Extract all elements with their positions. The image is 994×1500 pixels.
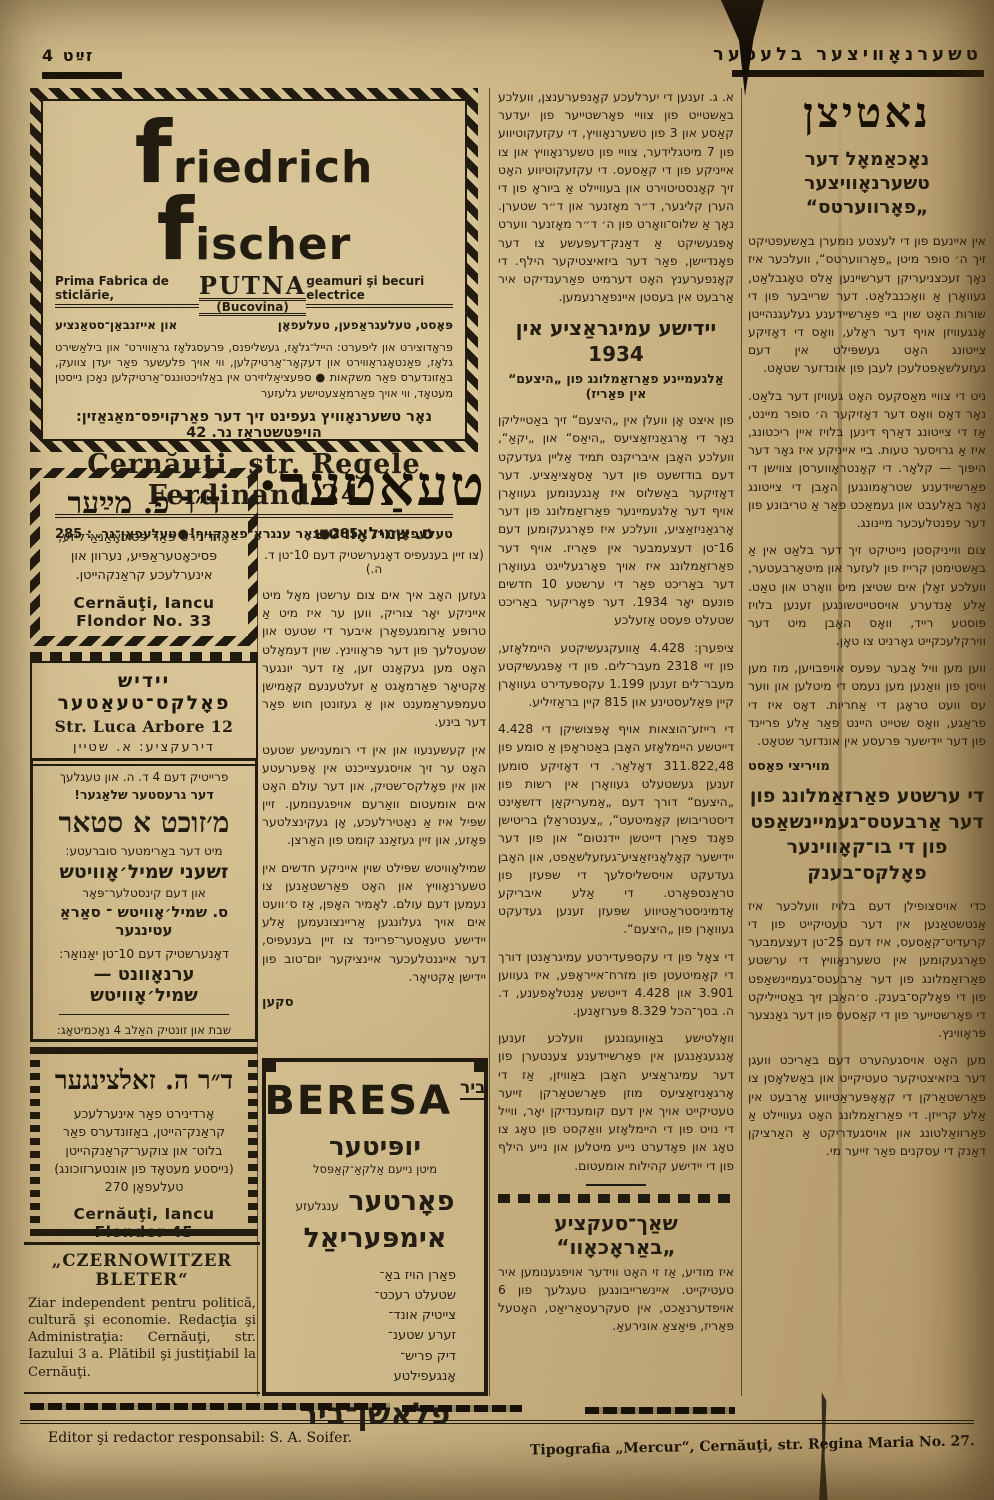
fischer-store-line: נאָר טשערנאָוויץ געפינט זיך דער פאַרקויפ… [55, 409, 453, 441]
article-paragraph: מען האָט אויסגעהערט דעם באַריכט וועגן דע… [748, 1051, 986, 1160]
emigration-column: א. ג. זענען די יערלעכע קאָנפערענצן, וועל… [498, 88, 734, 1396]
schedule-line6: שבת און זונטיק האַלב 4 נאָכמיטאָג: מאַטי… [41, 1023, 247, 1042]
bleter-imprint-box: „CZERNOWITZER BLETER“ Ziar independent p… [24, 1242, 260, 1394]
beresa-list-line: זערע שטענ־ [276, 1326, 456, 1346]
section-divider [586, 1184, 646, 1186]
article-paragraph: אין קעשענעוו און אין די רומענישע שטעט הא… [262, 741, 486, 850]
section-ornament [498, 1194, 734, 1203]
notices-column: נאטיצן נאָכאַמאָל דער טשערנאָוויצער „פאָ… [748, 88, 986, 1396]
theater-article-byline: ס. שמילאָוויטש [262, 524, 486, 544]
bleter-romanian-text: Ziar independent pentru politică, cultur… [28, 1295, 256, 1381]
article-paragraph: ווען מען וויל אָבער עפּעס אויפבויען, מוז… [748, 659, 986, 750]
beresa-list-line: פאַרן הויז באַ־ [276, 1266, 456, 1286]
article-paragraph: ציפערן: 4.428 אַוועקגעשיקטע היימלאָזע, פ… [498, 639, 734, 712]
article-paragraph: צום ווייניקסטן נייטיקט זיך דער בלאַט אין… [748, 541, 986, 650]
bleter-title: „CZERNOWITZER BLETER“ [28, 1251, 256, 1289]
schedule-line4: און דעם קינסטלער־פּאָר [41, 886, 247, 900]
zaltzinger-ad: ד״ר ה. זאלצינגער אָרדינירט פאַר אינערלעכ… [30, 1046, 258, 1236]
meyer-ad: ד״ר פ. מײַער אָרדינירט פאַר פּסיכאָאַנאַ… [30, 468, 258, 646]
fischer-ad: friedrich fischer Prima Fabrica de sticl… [30, 88, 478, 452]
column-rule-1 [489, 88, 490, 1396]
notices-headline: נאטיצן [748, 88, 986, 138]
banks-section-body: כדי אויסצופילן דעם בלויז וועלכער איז אַנ… [748, 897, 986, 1161]
footer-rule [20, 1420, 974, 1424]
notices-subhead: נאָכאַמאָל דער טשערנאָוויצער „פאָרווערטס… [748, 148, 986, 220]
chess-section-headline: שאַך־סעקציע „באַראָכאָוו“ [498, 1211, 734, 1259]
schedule-divider [59, 1014, 229, 1015]
schedule-artist-pair: ס. שמיל׳אָוויטש ־ סאַראַ עטינגער [41, 903, 247, 939]
footer-ornament-bar [402, 1405, 522, 1412]
schedule-line1: פרייטיק דעם 4 ד. ה. און טעגלעך [41, 770, 247, 784]
zaltzinger-address: Cernăuţi, Iancu Flondor 45 [46, 1205, 242, 1241]
article-paragraph: שמילאָוויטש שפּילט שוין אייניקע חדשים אי… [262, 859, 486, 986]
fischer-place: PUTNA [199, 274, 306, 301]
notices-body: אין איינעם פון די לעצטע נומערן באַשעפטיק… [748, 232, 986, 750]
article-paragraph: אין איינעם פון די לעצטע נומערן באַשעפטיק… [748, 232, 986, 378]
beresa-list-line: אָנגעפילטע [276, 1367, 456, 1387]
beresa-note1: מיטן נייעם אַלקאַ־קאַפּסל [276, 1162, 474, 1176]
theater-article-signature: סקען [262, 995, 486, 1010]
schedule-line3: מיט דער באַרימטער סוברעטע: [41, 844, 247, 858]
fischer-body: פּראָדוצירט און ליפערט: הייל־גלאָז, געשל… [55, 340, 453, 401]
corner-ornament [262, 1058, 276, 1072]
meyer-title: ד״ר פ. מײַער [46, 486, 242, 521]
article-paragraph: פון איצט אָן וועלן אין „היצעם“ זיך באַטי… [498, 411, 734, 629]
footer-editor-credit: Editor şi redactor responsabil: S. A. So… [48, 1430, 352, 1446]
theater-article: טעאַטער· ס. שמילאָוויטש (צו זיין בענעפיס… [262, 458, 486, 1036]
emigration-headline: יידישע עמיגראַציע אין 1934 [498, 315, 734, 367]
bleter-yiddish-text: נייע אַבאָנענטן קענען באַקומען די צייטונ… [28, 1387, 256, 1394]
fischer-note-left: און אייזנבאַן־סטאַנציע [55, 318, 177, 332]
newspaper-page: זײַט 4 טשערנאָװיצער בלעטער friedrich fis… [0, 0, 994, 1500]
zaltzinger-title: ד״ר ה. זאלצינגער [46, 1066, 242, 1096]
folks-theater-direction: דירעקציע: א. שטיין [38, 739, 250, 758]
fischer-brand: friedrich fischer [55, 115, 453, 270]
masthead-rule [732, 70, 984, 77]
theater-article-headline: טעאַטער· [262, 458, 486, 514]
page-number-rule [42, 72, 122, 79]
beresa-product-jupiter: יופּיטער [276, 1132, 474, 1162]
meyer-address: Cernăuţi, Iancu Flondor No. 33 [46, 594, 242, 630]
article-paragraph: ניט די צוויי מאַסקעס האָט געוויזן דער בל… [748, 387, 986, 533]
schedule-line5: דאָנערשטיק דעם 10־טן יאַנואַר: [41, 946, 247, 961]
fischer-note-right: פּאָסט, טעלעגראַפען, טעלעפאָן [278, 318, 453, 332]
meyer-body: אָרדינירט פאַר פּסיכאָאַנאַ־ליזע, פּסיכא… [46, 529, 242, 586]
theater-article-note: (צו זיין בענעפיס דאָנערשטיק דעם 10־טן ד.… [262, 548, 486, 576]
beresa-list: פאַרן הויז באַ־שטעלט רעכט־צייטיק אונד־זע… [276, 1266, 474, 1387]
article-paragraph: געזען האָב איך אים צום ערשטן מאָל מיט אי… [262, 586, 486, 732]
masthead: טשערנאָװיצער בלעטער [713, 44, 982, 65]
beresa-porter-word: פאָרטער [348, 1186, 454, 1217]
schedule-line2: דער גרעסטער שלאַגער! [41, 787, 247, 802]
folks-theater-title: יידיש פאָלקס־טעאַטער [38, 670, 250, 714]
folks-theater-address: Str. Luca Arbore 12 [38, 717, 250, 736]
beresa-product-porter: פאָרטער ענגלעזע [276, 1186, 474, 1217]
zaltzinger-body: אָרדינירט פאַר אינערלעכע קראַנק־הייטן, ב… [46, 1105, 242, 1196]
footer-ornament-bar [585, 1407, 735, 1414]
footer-printer-credit: Tipografia „Mercur“, Cernăuţi, str. Regi… [520, 1433, 975, 1459]
folks-theater-ad: יידיש פאָלקס־טעאַטער Str. Luca Arbore 12… [30, 652, 258, 766]
article-paragraph: וואָלטישע באַוועגונגען וועלכע זענען אָנג… [498, 1029, 734, 1175]
schedule-benefit-title: ערנאָוונט — שמיל׳אָוויטש [41, 964, 247, 1006]
beresa-brand: BERESA [264, 1078, 452, 1124]
schedule-show-title: מ׳זוכט א סטאר [41, 806, 247, 840]
emigration-subhead: אַלגעמיינע פאַרזאַמלונג פון „היצעם“ אין … [498, 371, 734, 401]
emigration-body: פון איצט אָן וועלן אין „היצעם“ זיך באַטי… [498, 411, 734, 1175]
corner-ornament [474, 1058, 488, 1072]
column-a-intro: א. ג. זענען די יערלעכע קאָנפערענצן, וועל… [498, 88, 734, 306]
footer-ornament-bar [30, 1403, 390, 1410]
column-rule-2 [741, 88, 742, 1396]
article-paragraph: כדי אויסצופילן דעם בלויז וועלכער איז אַנ… [748, 897, 986, 1043]
beresa-list-line: צייטיק אונד־ [276, 1306, 456, 1326]
page-number-label: זײַט 4 [42, 46, 94, 65]
fischer-region: (Bucovina) [199, 301, 306, 316]
fischer-line-right: geamuri şi becuri electrice [306, 274, 453, 308]
theater-schedule-ad: פרייטיק דעם 4 ד. ה. און טעגלעך דער גרעסט… [30, 758, 258, 1042]
beresa-ad: ביר BERESA יופּיטער מיטן נייעם אַלקאַ־קא… [262, 1058, 488, 1396]
beresa-list-line: דיק פריש־ [276, 1347, 456, 1367]
theater-article-body: געזען האָב איך אים צום ערשטן מאָל מיט אי… [262, 586, 486, 986]
fischer-brand-word2: fischer [157, 192, 352, 269]
article-paragraph: די רייזע־הוצאות אויף אָפּצושיקן די 4.428… [498, 720, 734, 938]
beresa-list-line: שטעלט רעכט־ [276, 1286, 456, 1306]
beresa-note2: ענגלעזע [296, 1199, 339, 1213]
beresa-product-imperial: אימפּעריאַל [276, 1223, 474, 1254]
beresa-beer-label: ביר [460, 1078, 486, 1100]
banks-section-headline: די ערשטע פאַרזאַמלונג פון דער אַרבעטס־גע… [748, 784, 986, 887]
chess-section-body: איז מודיע, אַז זי האָט ווידער אויפגענומע… [498, 1263, 734, 1336]
folks-theater-ornament [30, 652, 258, 661]
article-paragraph: די צאָל פון די עקספּעדירטע עמיגראַנטן דו… [498, 948, 734, 1021]
schedule-star-name: זשעני שמיל׳אָוויטש [41, 861, 247, 883]
notices-signature: מויריצי פאַסט [748, 759, 986, 774]
fischer-line-left: Prima Fabrica de sticlărie, [55, 274, 199, 308]
